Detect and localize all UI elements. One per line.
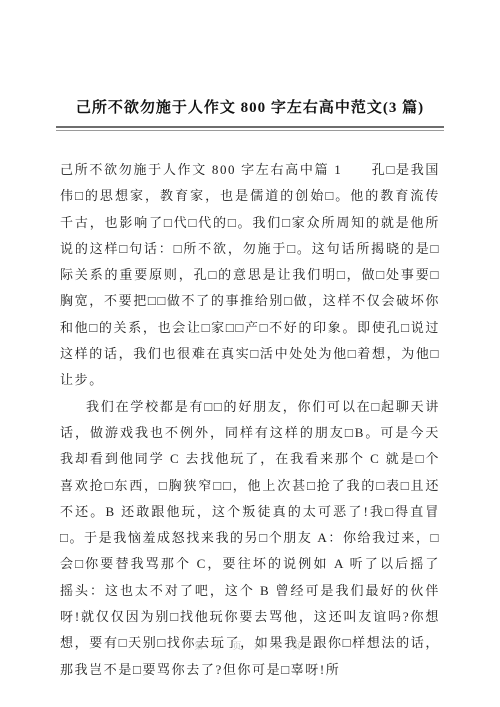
body-paragraph: 己所不欲勿施于人作文 800 字左右高中篇 1 孔□是我国伟□的思想家，教育家，…: [60, 157, 440, 394]
document-body: 己所不欲勿施于人作文 800 字左右高中篇 1 孔□是我国伟□的思想家，教育家，…: [60, 157, 440, 683]
page-footer: 第 1 页 共 6 页: [0, 639, 500, 652]
title-divider: [56, 126, 444, 131]
document-page: 己所不欲勿施于人作文 800 字左右高中范文(3 篇) 己所不欲勿施于人作文 8…: [0, 0, 500, 707]
document-title: 己所不欲勿施于人作文 800 字左右高中范文(3 篇): [58, 96, 442, 117]
